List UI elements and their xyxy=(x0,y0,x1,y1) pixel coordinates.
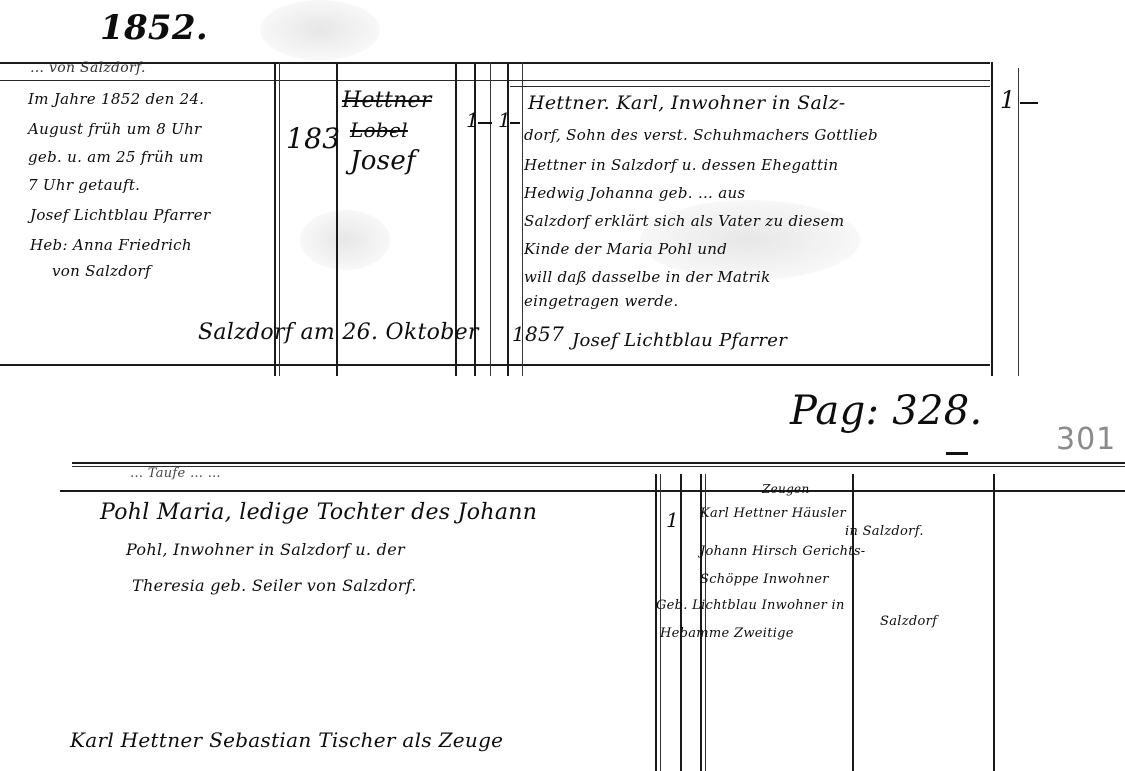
godparents-header: Zeugen xyxy=(762,482,809,496)
lower-header-rule xyxy=(60,490,1125,492)
tally-mark: 1 xyxy=(666,508,679,532)
birth-line: Im Jahre 1852 den 24. xyxy=(28,90,204,108)
struck-surname: Hettner xyxy=(342,88,432,113)
tally-mark: 1 xyxy=(498,108,511,132)
godparent-line: Hebamme Zweitige xyxy=(660,626,794,641)
col-divider xyxy=(852,474,854,771)
witness-signature: Karl Hettner Sebastian Tischer als Zeuge xyxy=(70,728,503,752)
bottom-rule xyxy=(0,364,990,366)
note-line: Hedwig Johanna geb. … aus xyxy=(524,184,745,202)
col-divider xyxy=(655,474,657,771)
page-dash xyxy=(946,452,968,455)
closing-place-date: Salzdorf am 26. Oktober xyxy=(198,320,479,345)
note-line: Hettner. Karl, Inwohner in Salz- xyxy=(528,92,846,114)
godparent-line: Salzdorf xyxy=(880,614,937,629)
scan-smudge xyxy=(300,210,390,270)
child-given-name: Josef xyxy=(350,146,416,176)
priest-name: Josef Lichtblau Pfarrer xyxy=(30,206,210,224)
header-fragment: … Taufe … … xyxy=(130,466,221,481)
margin-dash xyxy=(1020,102,1038,104)
page-label: Pag: 328. xyxy=(790,388,983,434)
godparent-line: Schöppe Inwohner xyxy=(700,572,829,587)
col-divider xyxy=(680,474,682,771)
note-line: eingetragen werde. xyxy=(524,292,678,310)
birth-line: August früh um 8 Uhr xyxy=(28,120,202,138)
col-divider xyxy=(993,474,995,771)
house-number: 183 xyxy=(286,122,340,155)
birth-line: geb. u. am 25 früh um xyxy=(28,148,204,166)
mother-line: Pohl, Inwohner in Salzdorf u. der xyxy=(126,540,405,559)
tally-dash xyxy=(510,122,520,124)
tally-mark: 1 xyxy=(466,108,479,132)
midwife-line: von Salzdorf xyxy=(52,262,151,280)
godparent-line: Karl Hettner Häusler xyxy=(700,506,846,521)
godparent-line: in Salzdorf. xyxy=(845,524,924,539)
godparent-line: Geb. Lichtblau Inwohner in xyxy=(656,598,845,613)
tally-dash xyxy=(478,122,492,124)
mother-line: Theresia geb. Seiler von Salzdorf. xyxy=(132,576,417,595)
lower-top-rule xyxy=(72,462,1125,464)
col-divider xyxy=(660,474,661,771)
top-rule-2 xyxy=(0,80,990,81)
closing-signature: Josef Lichtblau Pfarrer xyxy=(572,330,787,351)
top-rule xyxy=(0,62,990,64)
closing-year: 1857 xyxy=(512,322,564,346)
col-divider xyxy=(490,62,491,376)
note-line: will daß dasselbe in der Matrik xyxy=(524,268,771,286)
lower-top-rule-2 xyxy=(72,466,1125,467)
birth-line: 7 Uhr getauft. xyxy=(28,176,140,194)
midwife-line: Heb: Anna Friedrich xyxy=(30,236,192,254)
note-line: dorf, Sohn des verst. Schuhmachers Gottl… xyxy=(524,126,878,144)
header-fragment: … von Salzdorf. xyxy=(30,60,146,76)
note-line: Salzdorf erklärt sich als Vater zu diese… xyxy=(524,212,844,230)
struck-surname: Lobel xyxy=(350,118,408,142)
margin-tally: 1 xyxy=(1000,86,1016,114)
note-line: Hettner in Salzdorf u. dessen Ehegattin xyxy=(524,156,838,174)
notes-header-rule xyxy=(510,86,990,87)
year-heading: 1852. xyxy=(100,8,208,48)
godparent-line: Johann Hirsch Gerichts- xyxy=(700,544,866,559)
col-divider xyxy=(991,62,993,376)
mother-line: Pohl Maria, ledige Tochter des Johann xyxy=(100,500,537,525)
scan-smudge xyxy=(260,0,380,60)
note-line: Kinde der Maria Pohl und xyxy=(524,240,727,258)
margin-line xyxy=(1018,68,1019,376)
pencil-page-number: 301 xyxy=(1056,422,1116,457)
